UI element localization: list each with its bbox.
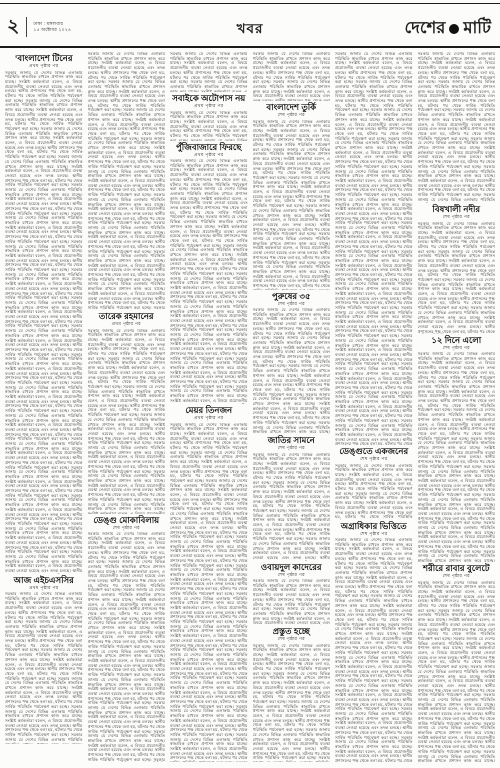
- article-body: সরকার জানায় যে দেশের বিভিন্ন এলাকায় পর…: [335, 538, 413, 762]
- continuation-label: প্রথম পৃষ্ঠার পর: [88, 321, 166, 327]
- article-headline: ‘বাংলাদেশ টিনের: [5, 53, 83, 63]
- continuation-label: প্রথম পৃষ্ঠার পর: [5, 585, 83, 591]
- continuation-label: শেষ পৃষ্ঠার পর: [335, 531, 413, 537]
- continuation-label: শেষ পৃষ্ঠার পর: [253, 112, 331, 118]
- column-2: সরকার জানায় যে দেশের বিভিন্ন এলাকায় পর…: [88, 52, 166, 762]
- article-body: সরকার জানায় যে দেশের বিভিন্ন এলাকায় পর…: [335, 464, 413, 520]
- continuation-label: শেষ পৃষ্ঠার পর: [88, 525, 166, 531]
- article-body: সরকার জানায় যে দেশের বিভিন্ন এলাকায় পর…: [253, 52, 331, 101]
- newspaper-page: ২ ঢাকা : মঙ্গলবার ১৫ অক্টোবর ২০২৪ খবর দে…: [0, 0, 500, 768]
- article-headline: ডেঙ্গুতে একজনের: [335, 446, 413, 456]
- article-body: সরকার জানায় যে দেশের বিভিন্ন এলাকায় পর…: [418, 581, 496, 763]
- article-body: সরকার জানায় যে দেশের বিভিন্ন এলাকায় পর…: [253, 120, 331, 290]
- header-bottom-rule: [0, 46, 500, 48]
- article-headline: পুরুষের ৩৫: [253, 291, 331, 301]
- article-headline: শরীরে রাবার বুলেটে: [418, 563, 496, 573]
- article-headline: মেয়র তিনজন: [170, 405, 248, 415]
- article-body: সরকার জানায় যে দেশের বিভিন্ন এলাকায় পর…: [418, 222, 496, 334]
- article-body: সরকার জানায় যে দেশের বিভিন্ন এলাকায় পর…: [335, 52, 413, 445]
- continuation-label: প্রথম পৃষ্ঠার পর: [170, 415, 248, 421]
- column-6: সরকার জানায় যে দেশের বিভিন্ন এলাকায় পর…: [418, 52, 496, 762]
- article-headline: জাতির সামনে: [253, 435, 331, 445]
- article-headline: আজ এইচএসসির: [5, 575, 83, 585]
- column-4: সরকার জানায় যে দেশের বিভিন্ন এলাকায় পর…: [253, 52, 331, 762]
- article-body: সরকার জানায় যে দেশের বিভিন্ন এলাকায় পর…: [253, 308, 331, 434]
- masthead-word-right: মাটি: [463, 15, 491, 42]
- continuation-label: শেষ পৃষ্ঠার পর: [418, 345, 496, 351]
- continuation-label: শেষ পৃষ্ঠার পর: [335, 456, 413, 462]
- article-headline: ডেঙ্গু মোকাবিলায়: [88, 515, 166, 525]
- article-body: সরকার জানায় যে দেশের বিভিন্ন এলাকায় পর…: [5, 71, 83, 574]
- article-columns: ‘বাংলাদেশ টিনেরপ্রথম পৃষ্ঠার পরসরকার জান…: [5, 52, 495, 762]
- continuation-label: প্রথম পৃষ্ঠার পর: [170, 152, 248, 158]
- column-5: সরকার জানায় যে দেশের বিভিন্ন এলাকায় পর…: [335, 52, 413, 762]
- continuation-label: প্রথম পৃষ্ঠার পর: [170, 103, 248, 109]
- article-body: সরকার জানায় যে দেশের বিভিন্ন এলাকায় পর…: [5, 592, 83, 744]
- circle-logo-icon: [449, 24, 459, 34]
- continuation-label: প্রথম পৃষ্ঠার পর: [5, 63, 83, 69]
- article-body: সরকার জানায় যে দেশের বিভিন্ন এলাকায় পর…: [170, 159, 248, 404]
- article-headline: ১২ দিনে এলো: [418, 335, 496, 345]
- article-body: সরকার জানায় যে দেশের বিভিন্ন এলাকায় পর…: [170, 423, 248, 763]
- continuation-label: শেষ পৃষ্ঠার পর: [253, 445, 331, 451]
- article-headline: অগ্রাধিকার ভিত্তিতে: [335, 521, 413, 531]
- article-body: সরকার জানায় যে দেশের বিভিন্ন এলাকায় পর…: [88, 329, 166, 514]
- continuation-label: শেষ পৃষ্ঠার পর: [253, 636, 331, 642]
- article-headline: তারেক রহমানের: [88, 311, 166, 321]
- page-header: ২ ঢাকা : মঙ্গলবার ১৫ অক্টোবর ২০২৪ খবর দে…: [0, 14, 500, 44]
- article-headline: বাংলাদেশ তুর্কি: [253, 102, 331, 112]
- top-rule: [0, 3, 500, 4]
- article-body: সরকার জানায় যে দেশের বিভিন্ন এলাকায় পর…: [253, 644, 331, 763]
- column-1: ‘বাংলাদেশ টিনেরপ্রথম পৃষ্ঠার পরসরকার জান…: [5, 52, 83, 744]
- column-3: সরকার জানায় যে দেশের বিভিন্ন এলাকায় পর…: [170, 52, 248, 762]
- article-headline: পুঁজিবাজারে ফিরছে: [170, 142, 248, 152]
- continuation-label: শেষ পৃষ্ঠার পর: [253, 301, 331, 307]
- article-headline: বিষখালী নদীর: [418, 204, 496, 214]
- article-body: সরকার জানায় যে দেশের বিভিন্ন এলাকায় পর…: [88, 532, 166, 762]
- article-body: সরকার জানায় যে দেশের বিভিন্ন এলাকায় পর…: [253, 579, 331, 625]
- article-body: সরকার জানায় যে দেশের বিভিন্ন এলাকায় পর…: [170, 111, 248, 141]
- continuation-label: শেষ পৃষ্ঠার পর: [418, 214, 496, 220]
- continuation-label: শেষ পৃষ্ঠার পর: [253, 572, 331, 578]
- article-body: সরকার জানায় যে দেশের বিভিন্ন এলাকায় পর…: [418, 52, 496, 203]
- continuation-label: শেষ পৃষ্ঠার পর: [418, 573, 496, 579]
- article-body: সরকার জানায় যে দেশের বিভিন্ন এলাকায় পর…: [170, 52, 248, 92]
- masthead-word-left: দেশের: [404, 15, 445, 42]
- article-body: সরকার জানায় যে দেশের বিভিন্ন এলাকায় পর…: [418, 352, 496, 562]
- masthead: দেশের মাটি: [404, 15, 491, 42]
- article-headline: সবাইকে অটোপাস নয়: [170, 93, 248, 103]
- article-body: সরকার জানায় যে দেশের বিভিন্ন এলাকায় পর…: [253, 453, 331, 561]
- article-headline: ওবায়দুল কাদেরের: [253, 562, 331, 572]
- article-body: সরকার জানায় যে দেশের বিভিন্ন এলাকায় পর…: [88, 52, 166, 310]
- article-headline: প্রস্তুত হচ্ছে: [253, 626, 331, 636]
